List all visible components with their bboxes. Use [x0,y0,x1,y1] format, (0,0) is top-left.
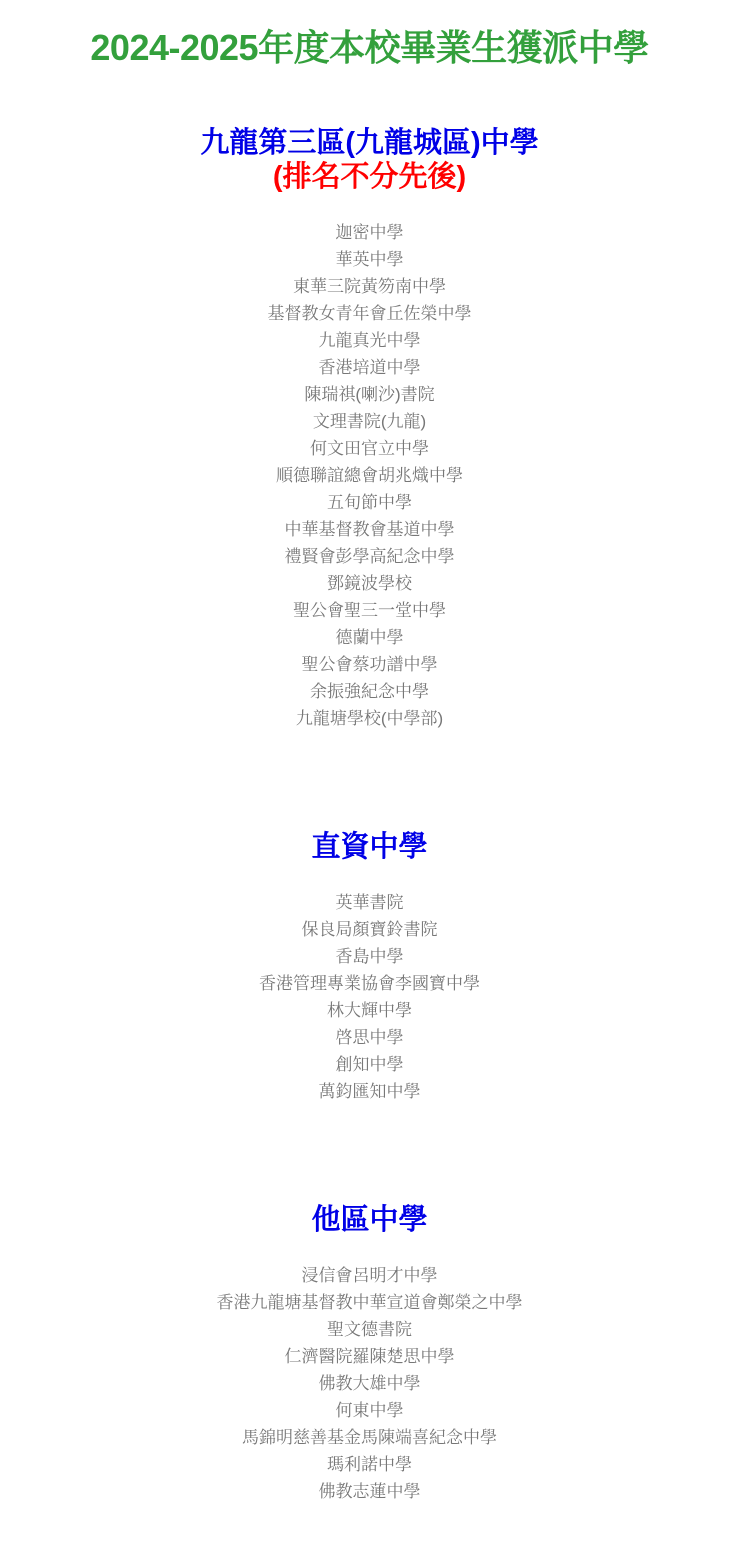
school-item: 啓思中學 [0,1024,739,1051]
school-item: 九龍真光中學 [0,327,739,354]
school-list: 迦密中學 華英中學 東華三院黃笏南中學 基督教女青年會丘佐榮中學 九龍真光中學 … [0,194,739,732]
school-item: 香港九龍塘基督教中華宣道會鄭榮之中學 [0,1289,739,1316]
school-item: 迦密中學 [0,219,739,246]
school-item: 中華基督教會基道中學 [0,516,739,543]
school-item: 東華三院黃笏南中學 [0,273,739,300]
school-item: 馬錦明慈善基金馬陳端喜紀念中學 [0,1424,739,1451]
school-item: 聖公會聖三一堂中學 [0,597,739,624]
school-item: 仁濟醫院羅陳楚思中學 [0,1343,739,1370]
school-list: 浸信會呂明才中學 香港九龍塘基督教中華宣道會鄭榮之中學 聖文德書院 仁濟醫院羅陳… [0,1237,739,1505]
section-kowloon-city: 九龍第三區(九龍城區)中學 (排名不分先後) 迦密中學 華英中學 東華三院黃笏南… [0,70,739,732]
section-heading: 直資中學 [0,830,739,864]
school-item: 五旬節中學 [0,489,739,516]
page-title: 2024-2025年度本校畢業生獲派中學 [0,0,739,70]
school-item: 聖文德書院 [0,1316,739,1343]
school-item: 華英中學 [0,246,739,273]
school-item: 香島中學 [0,943,739,970]
section-other-districts: 他區中學 浸信會呂明才中學 香港九龍塘基督教中華宣道會鄭榮之中學 聖文德書院 仁… [0,1105,739,1505]
school-item: 鄧鏡波學校 [0,570,739,597]
section-heading: 他區中學 [0,1203,739,1237]
page-content: 2024-2025年度本校畢業生獲派中學 九龍第三區(九龍城區)中學 (排名不分… [0,0,739,1505]
school-item: 聖公會蔡功譜中學 [0,651,739,678]
school-item: 浸信會呂明才中學 [0,1262,739,1289]
school-item: 何東中學 [0,1397,739,1424]
school-item: 何文田官立中學 [0,435,739,462]
school-item: 德蘭中學 [0,624,739,651]
school-item: 創知中學 [0,1051,739,1078]
school-item: 香港管理專業協會李國寶中學 [0,970,739,997]
school-item: 陳瑞祺(喇沙)書院 [0,381,739,408]
school-item: 順德聯誼總會胡兆熾中學 [0,462,739,489]
school-item: 林大輝中學 [0,997,739,1024]
section-heading: 九龍第三區(九龍城區)中學 [0,126,739,160]
section-direct-subsidy: 直資中學 英華書院 保良局顏寶鈴書院 香島中學 香港管理專業協會李國寶中學 林大… [0,732,739,1105]
school-item: 香港培道中學 [0,354,739,381]
school-item: 英華書院 [0,889,739,916]
school-item: 禮賢會彭學高紀念中學 [0,543,739,570]
ranking-note: (排名不分先後) [0,160,739,194]
school-list: 英華書院 保良局顏寶鈴書院 香島中學 香港管理專業協會李國寶中學 林大輝中學 啓… [0,864,739,1105]
school-item: 九龍塘學校(中學部) [0,705,739,732]
school-item: 保良局顏寶鈴書院 [0,916,739,943]
school-item: 文理書院(九龍) [0,408,739,435]
school-item: 余振強紀念中學 [0,678,739,705]
school-item: 萬鈞匯知中學 [0,1078,739,1105]
school-item: 佛教大雄中學 [0,1370,739,1397]
school-item: 瑪利諾中學 [0,1451,739,1478]
school-item: 基督教女青年會丘佐榮中學 [0,300,739,327]
school-item: 佛教志蓮中學 [0,1478,739,1505]
